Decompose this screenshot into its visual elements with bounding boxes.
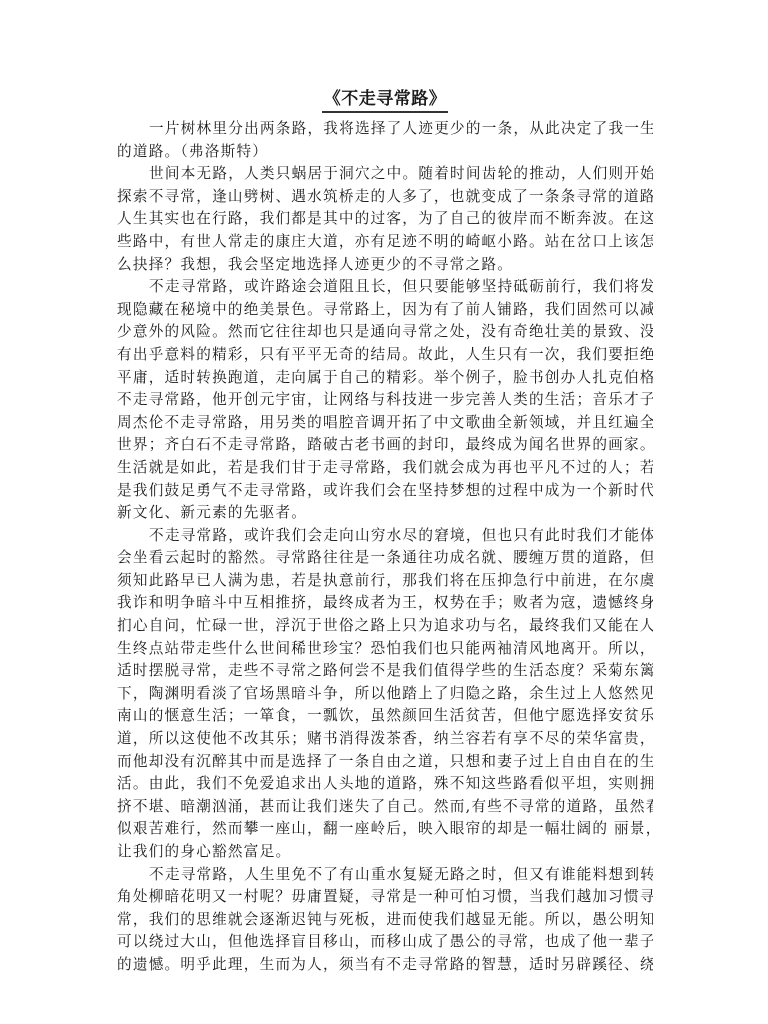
text-line: 些路中，有世人常走的康庄大道，亦有足迹不明的崎岖小路。站在岔口上该怎 bbox=[117, 231, 653, 254]
text-line: 生终点站带走些什么世间稀世珍宝？恐怕我们也只能两袖清风地离开。所以， bbox=[117, 638, 653, 661]
paragraph-body-2: 不走寻常路，或许我们会走向山穷水尽的窘境，但也只有此时我们才能体 会坐看云起时的… bbox=[117, 525, 653, 864]
text-line: 常，我们的思维就会逐渐迟钝与死板，进而使我们越显无能。所以，愚公明知 bbox=[117, 909, 653, 932]
text-line: 世界；齐白石不走寻常路，踏破古老书画的封印，最终成为闻名世界的画家。 bbox=[117, 434, 653, 457]
text-line: 现隐藏在秘境中的绝美景色。寻常路上，因为有了前人铺路，我们固然可以减 bbox=[117, 299, 653, 322]
text-line: 而他却没有沉醉其中而是选择了一条自由之道，只想和妻子过上自由自在的生 bbox=[117, 751, 653, 774]
title-container: 《不走寻常路》 bbox=[117, 88, 653, 118]
text-line: 新文化、新元素的先驱者。 bbox=[117, 502, 653, 525]
text-line: 人生其实也在行路，我们都是其中的过客，为了自己的彼岸而不断奔波。在这 bbox=[117, 208, 653, 231]
text-line: 少意外的风险。然而它往往却也只是通向寻常之处，没有奇绝壮美的景致、没 bbox=[117, 321, 653, 344]
text-line: 角处柳暗花明又一村呢？毋庸置疑，寻常是一种可怕习惯，当我们越加习惯寻 bbox=[117, 886, 653, 909]
text-line: 下，陶渊明看淡了官场黑暗斗争，所以他踏上了归隐之路，余生过上人悠然见 bbox=[117, 683, 653, 706]
text-line: 平庸，适时转换跑道，走向属于自己的精彩。举个例子，脸书创办人扎克伯格 bbox=[117, 367, 653, 390]
text-line: 不走寻常路，或许路途会道阻且长，但只要能够坚持砥砺前行，我们将发 bbox=[117, 276, 653, 299]
text-line: 活。由此，我们不免爱追求出人头地的道路，殊不知这些路看似平坦，实则拥 bbox=[117, 773, 653, 796]
text-line: 生活就是如此，若是我们甘于走寻常路，我们就会成为再也平凡不过的人；若 bbox=[117, 457, 653, 480]
text-line: 么抉择？我想，我会坚定地选择人迹更少的不寻常之路。 bbox=[117, 254, 653, 277]
document-title: 《不走寻常路》 bbox=[322, 88, 449, 113]
paragraph-body-3: 不走寻常路，人生里免不了有山重水复疑无路之时，但又有谁能料想到转 角处柳暗花明又… bbox=[117, 864, 653, 977]
text-line: 有出乎意料的精彩，只有平平无奇的结局。故此，人生只有一次，我们要拒绝 bbox=[117, 344, 653, 367]
document-page: 《不走寻常路》 一片树林里分出两条路，我将选择了人迹更少的一条，从此决定了我一生… bbox=[117, 88, 653, 977]
text-line: 适时摆脱寻常，走些不寻常之路何尝不是我们值得学些的生活态度？采菊东篱 bbox=[117, 660, 653, 683]
paragraph-introduction: 世间本无路，人类只蜗居于洞穴之中。随着时间齿轮的推动，人们则开始 探索不寻常，逢… bbox=[117, 163, 653, 276]
text-line: 的遗憾。明乎此理，生而为人，须当有不走寻常路的智慧，适时另辟蹊径、绕 bbox=[117, 954, 653, 977]
text-line: 周杰伦不走寻常路，用另类的唱腔音调开拓了中文歌曲全新领域，并且红遍全 bbox=[117, 412, 653, 435]
text-line: 我诈和明争暗斗中互相推挤，最终成者为王，权势在手；败者为寇，遗憾终身。 bbox=[117, 592, 653, 615]
text-line: 世间本无路，人类只蜗居于洞穴之中。随着时间齿轮的推动，人们则开始 bbox=[117, 163, 653, 186]
text-line: 可以绕过大山，但他选择盲目移山，而移山成了愚公的寻常，也成了他一辈子 bbox=[117, 931, 653, 954]
text-line: 探索不寻常，逢山劈树、遇水筑桥走的人多了，也就变成了一条条寻常的道路。 bbox=[117, 186, 653, 209]
paragraph-body-1: 不走寻常路，或许路途会道阻且长，但只要能够坚持砥砺前行，我们将发 现隐藏在秘境中… bbox=[117, 276, 653, 525]
text-line: 南山的惬意生活；一箪食，一瓢饮，虽然颜回生活贫苦，但他宁愿选择安贫乐 bbox=[117, 705, 653, 728]
paragraph-epigraph: 一片树林里分出两条路，我将选择了人迹更少的一条，从此决定了我一生 的道路。（弗洛… bbox=[117, 118, 653, 163]
document-body: 一片树林里分出两条路，我将选择了人迹更少的一条，从此决定了我一生 的道路。（弗洛… bbox=[117, 118, 653, 977]
text-line: 不走寻常路，他开创元宇宙，让网络与科技进一步完善人类的生活；音乐才子 bbox=[117, 389, 653, 412]
text-line: 不走寻常路，人生里免不了有山重水复疑无路之时，但又有谁能料想到转 bbox=[117, 864, 653, 887]
text-line: 的道路。（弗洛斯特） bbox=[117, 141, 653, 164]
text-line: 让我们的身心豁然富足。 bbox=[117, 841, 653, 864]
text-line: 道，所以这使他不改其乐；赌书消得泼茶香，纳兰容若有享不尽的荣华富贵，然 bbox=[117, 728, 653, 751]
text-line: 扪心自问，忙碌一世，浮沉于世俗之路上只为追求功与名，最终我们又能在人 bbox=[117, 615, 653, 638]
text-line: 须知此路早已人满为患，若是执意前行，那我们将在压抑急行中前进，在尔虞 bbox=[117, 570, 653, 593]
text-line: 会坐看云起时的豁然。寻常路往往是一条通往功成名就、腰缠万贯的道路，但 bbox=[117, 547, 653, 570]
text-line: 不走寻常路，或许我们会走向山穷水尽的窘境，但也只有此时我们才能体 bbox=[117, 525, 653, 548]
text-line: 挤不堪、暗潮汹涌，甚而让我们迷失了自己。然而,有些不寻常的道路，虽然看 bbox=[117, 796, 653, 819]
text-line: 似艰苦难行，然而攀一座山，翻一座岭后，映入眼帘的却是一幅壮阔的 丽景， bbox=[117, 818, 653, 841]
text-line: 是我们鼓足勇气不走寻常路，或许我们会在坚持梦想的过程中成为一个新时代、 bbox=[117, 480, 653, 503]
text-line: 一片树林里分出两条路，我将选择了人迹更少的一条，从此决定了我一生 bbox=[117, 118, 653, 141]
